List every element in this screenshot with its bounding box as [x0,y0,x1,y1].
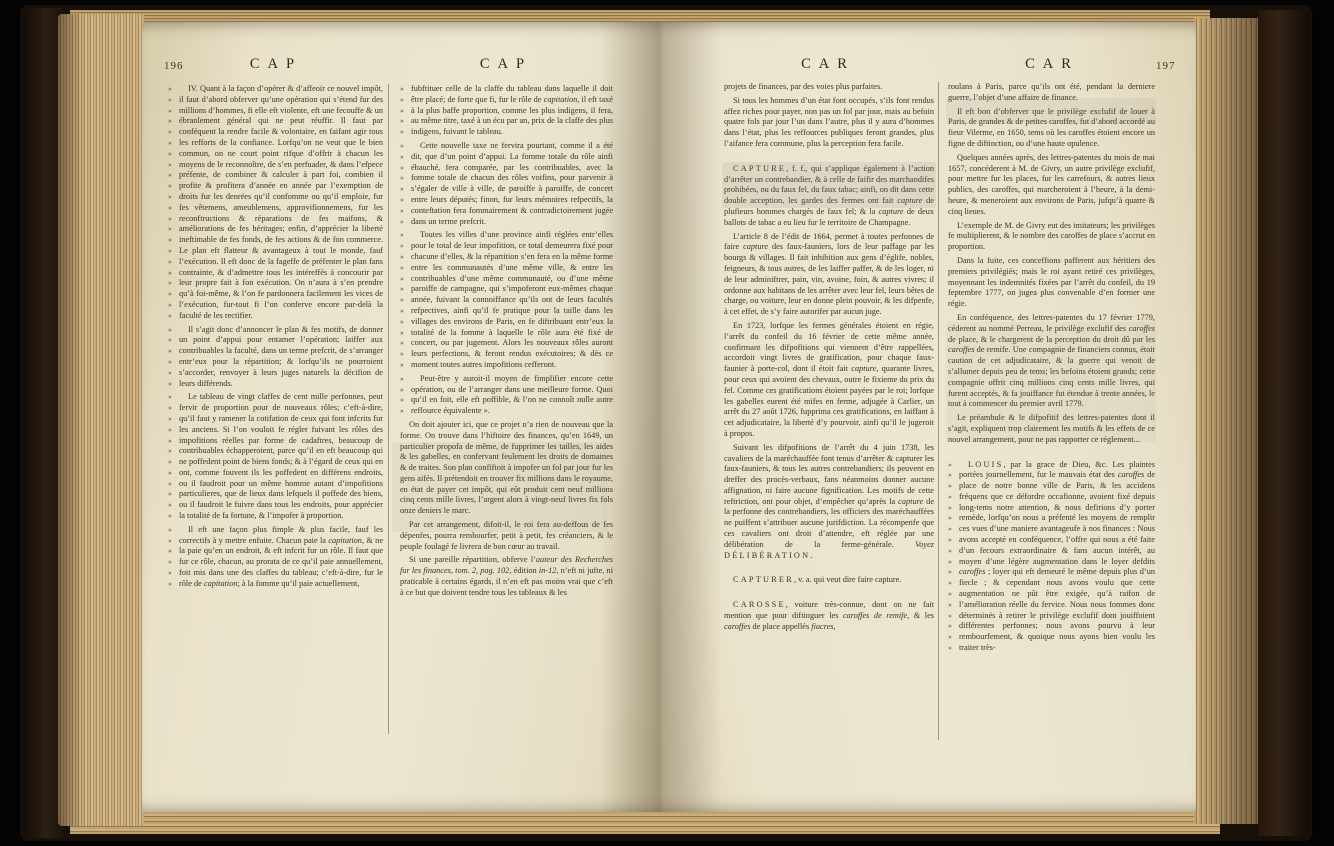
paragraph-text: Dans la fuite, ces conceffions pafferent… [948,256,1155,308]
paragraph: CAROSSE, voiture très-connue, dont on ne… [724,600,934,632]
quote-gutter-marks: » » » » » » » » » » » » » [400,230,404,370]
paragraph: L’exemple de M. de Givry eut des imitate… [948,221,1155,253]
quote-gutter-marks: » » » » » » » » » » » » » » » » » » [948,460,952,654]
paragraph: » » » » » » » »Cette nouvelle taxe ne fe… [400,141,613,227]
paragraph: Le préambule & le difpofitif des lettres… [948,413,1155,445]
paragraph-text: roulans à Paris, parce qu’ils ont été, p… [948,82,1155,102]
paragraph: CAPTURE, f. f., qui s’applique également… [724,164,934,229]
paragraph-text: On doit ajouter ici, que ce projet n’a r… [400,420,613,515]
paragraph-text: Quelques années après, des lettres-paten… [948,153,1155,216]
paragraph-text: Il eft une façon plus fimple & plus faci… [179,525,383,588]
paragraph: Par cet arrangement, difoit-il, le roi f… [400,520,613,552]
paragraph-text: L’article 8 de l’édit de 1664, permet à … [724,232,934,317]
paragraph: » » » » »fubftituer celle de la claffe d… [400,84,613,138]
column-divider [388,84,389,734]
running-head-car-2: CAR [1025,56,1079,73]
paragraph-text: En 1723, lorfque les fermes générales ét… [724,321,934,438]
quote-gutter-marks: » » » » » » [168,525,172,590]
paragraph: Dans la fuite, ces conceffions pafferent… [948,256,1155,310]
paragraph: » » » » » » » » » » » » »Toutes les vill… [400,230,613,370]
paragraph: CAPTURER, v. a. qui veut dire faire capt… [724,575,934,586]
running-head-cap-2: CAP [480,56,532,73]
paragraph-text: LOUIS, par la grace de Dieu, &c. Les pla… [959,460,1155,653]
quote-gutter-marks: » » » » [400,374,404,417]
page-edges-left [58,14,144,826]
quote-gutter-marks: » » » » » » [168,325,172,390]
paragraph: Si tous les hommes d’un état font occupé… [724,96,934,150]
paragraph-text: Il eft bon d’obferver que le privilège e… [948,107,1155,148]
right-page: CAR CAR 197 projets de finances, par des… [660,22,1196,812]
paragraph-text: CAROSSE, voiture très-connue, dont on ne… [724,600,934,631]
photo-of-open-book: 196 CAP CAP » » » » » » » » » » » » » » … [0,0,1334,846]
paragraph: » » » » » » » » » » » »Le tableau de vin… [168,392,383,522]
paragraph: » » » »Peut-être y auroit-il moyen de fi… [400,374,613,417]
text-column-4: roulans à Paris, parce qu’ils ont été, p… [948,82,1155,750]
book-cover-right [1258,10,1310,836]
column-divider [938,82,939,740]
paragraph: projets de finances, par des voies plus … [724,82,934,93]
paragraph-text: Cette nouvelle taxe ne fervira pourtant,… [411,141,613,226]
paragraph: On doit ajouter ici, que ce projet n’a r… [400,420,613,517]
paragraph: » » » » » »Il s’agit donc d’annoncer le … [168,325,383,390]
page-number-right: 197 [1156,60,1176,72]
paragraph-text: Le préambule & le difpofitif des lettres… [948,413,1155,444]
paragraph-text: Suivant les difpofitions de l’arrêt du 4… [724,443,934,560]
paragraph: » » » » » » » » » » » » » » » » » » » » … [168,84,383,322]
quote-gutter-marks: » » » » » » » » [400,141,404,227]
page-number-left: 196 [164,60,184,72]
text-column-3: projets de finances, par des voies plus … [724,82,934,744]
paragraph: » » » » » » » » » » » » » » » » » »LOUIS… [948,460,1155,654]
paragraph-text: fubftituer celle de la claffe du tableau… [411,84,613,136]
paragraph-text: IV. Quant à la façon d’opérer & d’affeoi… [179,84,383,320]
paragraph-text: L’exemple de M. de Givry eut des imitate… [948,221,1155,252]
paragraph: L’article 8 de l’édit de 1664, permet à … [724,232,934,318]
page-edges-right [1194,18,1260,824]
paragraph-text: Peut-être y auroit-il moyen de fimplifie… [411,374,613,415]
paragraph: En conféquence, des lettres-patentes du … [948,313,1155,410]
paragraph-text: Il s’agit donc d’annoncer le plan & fes … [179,325,383,388]
paragraph: » » » » » »Il eft une façon plus fimple … [168,525,383,590]
paragraph: Si une pareille répartition, obferve l’a… [400,555,613,598]
paragraph-text: En conféquence, des lettres-patentes du … [948,313,1155,408]
running-head-car-1: CAR [801,56,855,73]
paragraph-text: Si une pareille répartition, obferve l’a… [400,555,613,596]
running-head-cap-1: CAP [250,56,302,73]
paragraph: Suivant les difpofitions de l’arrêt du 4… [724,443,934,562]
paragraph-text: CAPTURE, f. f., qui s’applique également… [724,164,934,227]
paragraph-text: Si tous les hommes d’un état font occupé… [724,96,934,148]
paragraph: Quelques années après, des lettres-paten… [948,153,1155,218]
paragraph: roulans à Paris, parce qu’ils ont été, p… [948,82,1155,104]
paragraph: Il eft bon d’obferver que le privilège e… [948,107,1155,150]
paragraph-text: CAPTURER, v. a. qui veut dire faire capt… [724,575,901,584]
paragraph-text: projets de finances, par des voies plus … [724,82,882,91]
quote-gutter-marks: » » » » » » » » » » » » » » » » » » » » … [168,84,172,322]
text-column-2: » » » » »fubftituer celle de la claffe d… [400,84,613,736]
paragraph-text: Par cet arrangement, difoit-il, le roi f… [400,520,613,551]
left-page: 196 CAP CAP » » » » » » » » » » » » » » … [142,22,660,812]
quote-gutter-marks: » » » » » [400,84,404,138]
paragraph-text: Le tableau de vingt claffes de cent mill… [179,392,383,520]
quote-gutter-marks: » » » » » » » » » » » » [168,392,172,522]
text-column-1: » » » » » » » » » » » » » » » » » » » » … [168,84,383,736]
paragraph: En 1723, lorfque les fermes générales ét… [724,321,934,440]
paragraph-text: Toutes les villes d’une province ainfi r… [411,230,613,369]
